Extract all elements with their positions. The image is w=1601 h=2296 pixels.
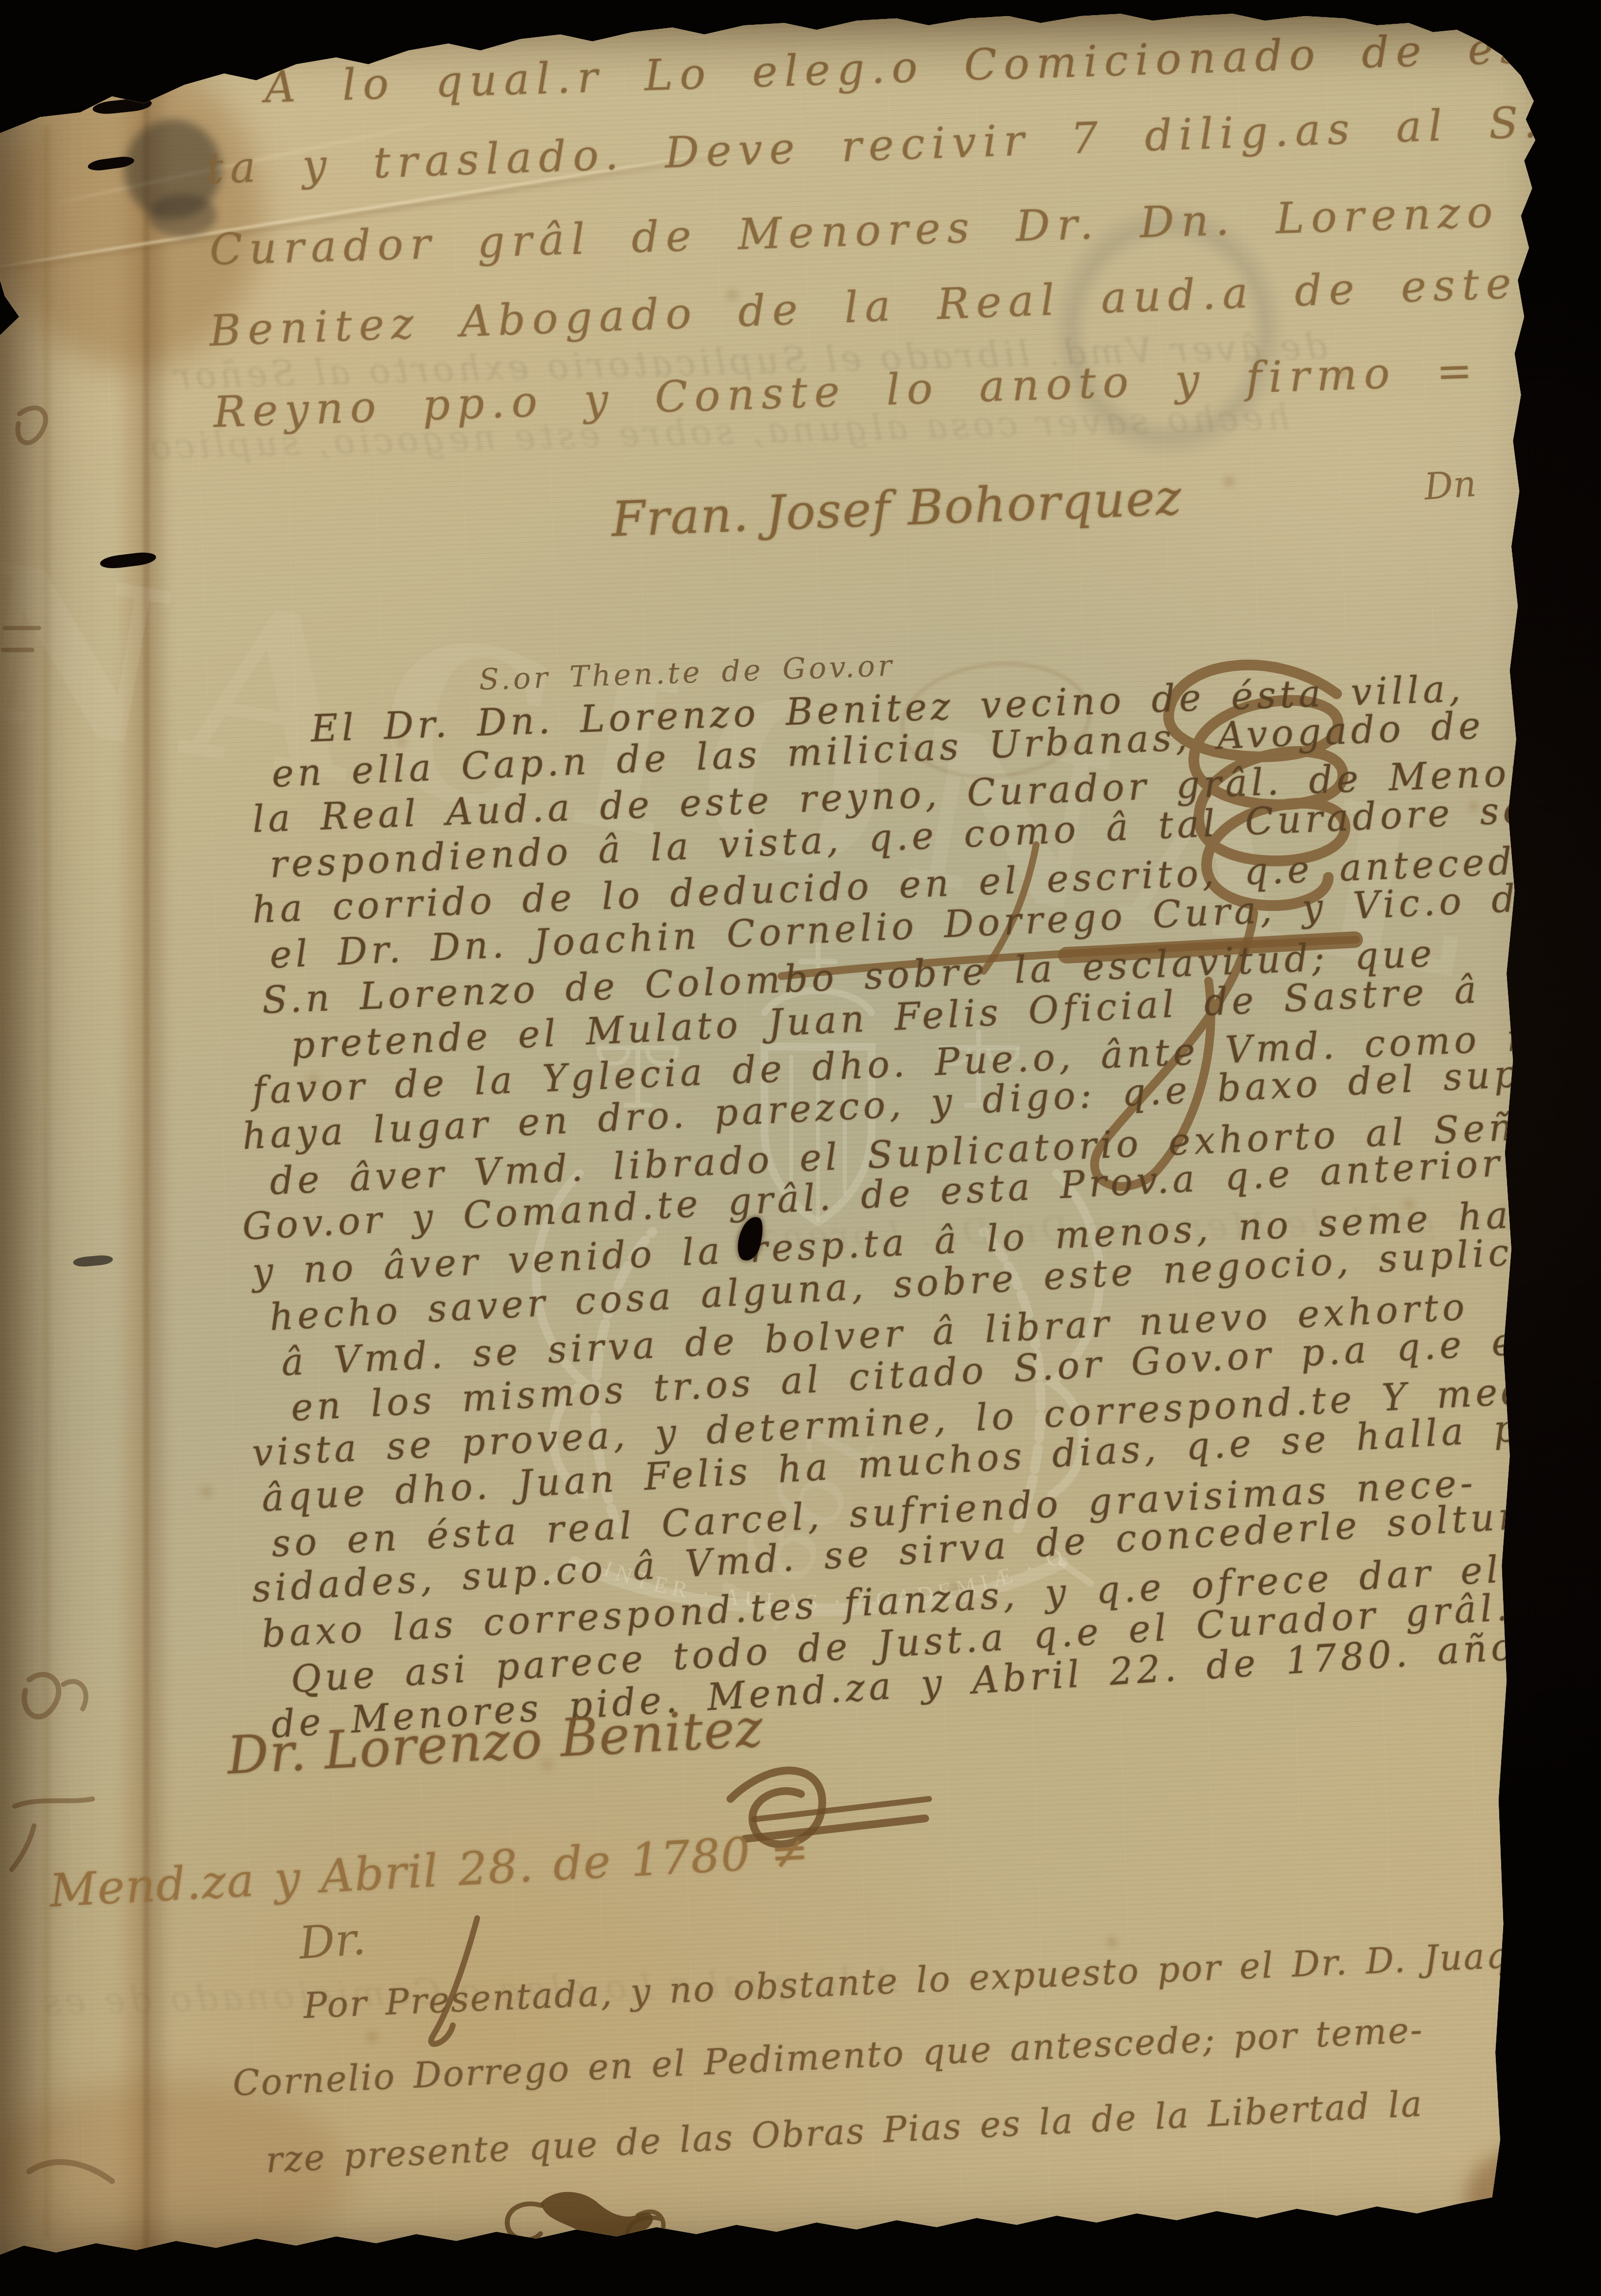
edge-debris	[1533, 630, 1561, 665]
manuscript-page: NACIONAL 1861 INTER · AULAS · ACADEMIÆ ·…	[0, 0, 1601, 2296]
decree-line: rze presente que de las Obras Pias es la…	[265, 2083, 1424, 2181]
ink-smudge-2	[149, 194, 217, 237]
edge-debris	[1549, 656, 1570, 676]
note-line-2: ta y traslado. Deve recivir 7 dilig.as a…	[205, 96, 1572, 194]
bottom-right-stain	[1466, 2147, 1592, 2249]
verso-ink-marks	[0, 370, 127, 2230]
decree-initial-flourish	[404, 1899, 502, 2045]
margin-mark: Dn	[1423, 463, 1478, 508]
stitching-slit	[87, 155, 135, 172]
signature-paraph	[696, 1726, 940, 1921]
foxing-spots	[0, 0, 4, 4]
stitching-slit	[92, 97, 152, 116]
note-line-1: A lo qual.r Lo eleg.o Comicionado de es	[264, 22, 1530, 112]
notary-signature: Fran. Josef Bohorquez	[611, 469, 1183, 548]
binding-crease	[144, 0, 149, 2296]
decree-initial-mark: Dr.	[298, 1913, 368, 1969]
photographed-manuscript: NACIONAL 1861 INTER · AULAS · ACADEMIÆ ·…	[0, 0, 1601, 2296]
ink-blot-flourish	[467, 2157, 691, 2283]
edge-debris	[1579, 2003, 1593, 2034]
note-line-3: Curador grâl de Menores Dr. Dn. Lorenzo	[209, 186, 1500, 275]
